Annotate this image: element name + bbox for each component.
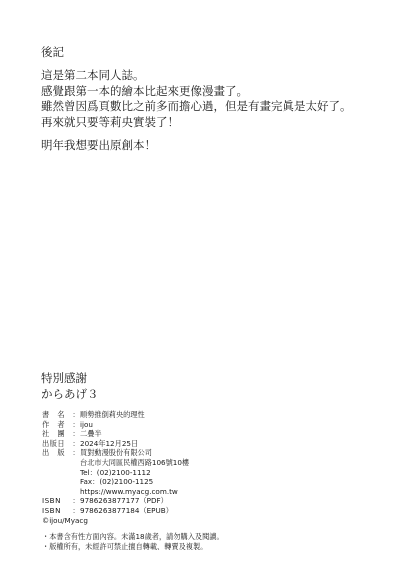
special-thanks-section: 特別感謝 からあげ３ — [41, 371, 99, 402]
colophon-row-author: 作 者 ： ijou — [42, 420, 189, 430]
colophon-label: 出版日 — [42, 439, 72, 449]
colophon-row-circle: 社 團 ： 二疊半 — [42, 429, 189, 439]
publisher-fax: Fax：(02)2100-1125 — [42, 477, 189, 487]
colophon-separator: ： — [72, 410, 80, 420]
afterword-line: 這是第二本同人誌。 — [41, 68, 381, 84]
age-restriction-notice: ・本書含有性方面內容。未滿18歲者，請勿購入及閱讀。 — [42, 532, 224, 542]
book-title: 順勢推倒莉央的理性 — [80, 410, 145, 420]
colophon-row-date: 出版日 ： 2024年12月25日 — [42, 439, 189, 449]
afterword-line: 再來就只要等莉央實裝了！ — [41, 115, 381, 131]
publisher-website: https://www.myacg.com.tw — [42, 487, 189, 497]
copyright-notice: ・版權所有，未經許可禁止擅自轉載、轉賣及複製。 — [42, 542, 224, 552]
colophon-label: ISBN — [42, 506, 72, 516]
colophon-separator: ： — [72, 448, 80, 458]
special-thanks-title: 特別感謝 — [41, 371, 99, 387]
afterword-closing: 明年我想要出原創本！ — [41, 137, 156, 153]
colophon-separator: ： — [72, 506, 80, 516]
publisher-name: 買對動漫股份有限公司 — [80, 448, 152, 458]
colophon-label: 作 者 — [42, 420, 72, 430]
author-name: ijou — [80, 420, 93, 430]
colophon-separator: ： — [72, 429, 80, 439]
colophon-label: 書 名 — [42, 410, 72, 420]
copyright-line: ©ijou/Myacg — [42, 516, 189, 526]
special-thanks-name: からあげ３ — [41, 387, 99, 403]
colophon-separator: ： — [72, 420, 80, 430]
isbn-epub: 9786263877184（EPUB） — [80, 506, 173, 516]
afterword-body: 這是第二本同人誌。 感覺跟第一本的繪本比起來更像漫畫了。 雖然曾因爲頁數比之前多… — [41, 68, 381, 130]
colophon-label: 社 團 — [42, 429, 72, 439]
colophon-label: 出 版 — [42, 448, 72, 458]
isbn-pdf: 9786263877177（PDF） — [80, 496, 168, 506]
circle-name: 二疊半 — [80, 429, 102, 439]
publisher-address: 台北市大同區民權西路106號10樓 — [42, 458, 189, 468]
colophon: 書 名 ： 順勢推倒莉央的理性 作 者 ： ijou 社 團 ： 二疊半 出版日… — [42, 410, 189, 525]
afterword-line: 雖然曾因爲頁數比之前多而擔心過，但是有畫完眞是太好了。 — [41, 99, 381, 115]
afterword-title: 後記 — [41, 44, 381, 60]
afterword-line: 感覺跟第一本的繪本比起來更像漫畫了。 — [41, 84, 381, 100]
colophon-separator: ： — [72, 496, 80, 506]
colophon-row-isbn-epub: ISBN ： 9786263877184（EPUB） — [42, 506, 189, 516]
colophon-row-title: 書 名 ： 順勢推倒莉央的理性 — [42, 410, 189, 420]
publisher-tel: Tel：(02)2100-1112 — [42, 468, 189, 478]
legal-notices: ・本書含有性方面內容。未滿18歲者，請勿購入及閱讀。 ・版權所有，未經許可禁止擅… — [42, 532, 224, 552]
colophon-separator: ： — [72, 439, 80, 449]
afterword-section: 後記 這是第二本同人誌。 感覺跟第一本的繪本比起來更像漫畫了。 雖然曾因爲頁數比… — [41, 44, 381, 130]
colophon-row-isbn-pdf: ISBN ： 9786263877177（PDF） — [42, 496, 189, 506]
colophon-label: ISBN — [42, 496, 72, 506]
publication-date: 2024年12月25日 — [80, 439, 138, 449]
colophon-row-publisher: 出 版 ： 買對動漫股份有限公司 — [42, 448, 189, 458]
